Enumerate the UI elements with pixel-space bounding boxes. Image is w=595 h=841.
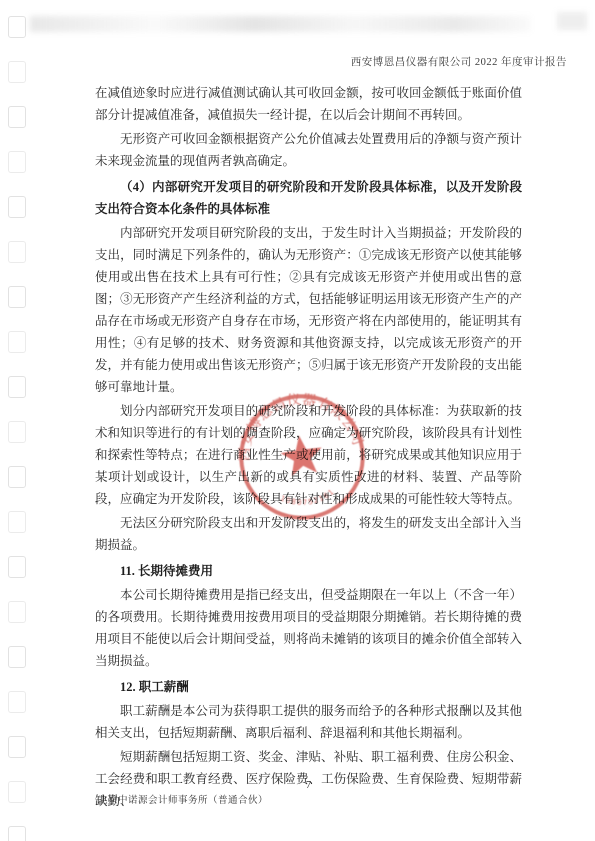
binding-hole bbox=[8, 331, 26, 353]
binding-hole bbox=[8, 61, 26, 83]
binding-holes bbox=[8, 16, 26, 841]
binding-hole bbox=[8, 286, 26, 308]
document-body: 在减值迹象时应进行减值测试确认其可收回金额，按可收回金额低于账面价值部分计提减值… bbox=[95, 82, 522, 814]
page-number: 7 bbox=[95, 780, 522, 791]
binding-hole bbox=[8, 151, 26, 173]
document-page: 西安博恩昌仪器有限公司 2022 年度审计报告 在减值迹象时应进行减值测试确认其… bbox=[0, 0, 595, 841]
paragraph: 划分内部研究开发项目的研究阶段和开发阶段的具体标准：为获取新的技术和知识等进行的… bbox=[95, 400, 522, 510]
paragraph: 本公司长期待摊费用是指已经支出，但受益期限在一年以上（不含一年）的各项费用。长期… bbox=[95, 584, 522, 672]
footer-firm-name: 北京中诺源会计师事务所（普通合伙） bbox=[98, 792, 268, 806]
scan-smudge-corner bbox=[557, 12, 587, 30]
binding-hole bbox=[8, 466, 26, 488]
paragraph: 在减值迹象时应进行减值测试确认其可收回金额，按可收回金额低于账面价值部分计提减值… bbox=[95, 82, 522, 126]
binding-hole bbox=[8, 16, 26, 38]
section-heading: 12. 职工薪酬 bbox=[95, 676, 522, 698]
binding-hole bbox=[8, 511, 26, 533]
binding-hole bbox=[8, 421, 26, 443]
binding-hole bbox=[8, 106, 26, 128]
paragraph: 无法区分研究阶段支出和开发阶段支出的，将发生的研发支出全部计入当期损益。 bbox=[95, 512, 522, 556]
binding-hole bbox=[8, 196, 26, 218]
paragraph: 无形资产可收回金额根据资产公允价值减去处置费用后的净额与资产预计未来现金流量的现… bbox=[95, 128, 522, 172]
binding-hole bbox=[8, 646, 26, 668]
binding-hole bbox=[8, 781, 26, 803]
binding-hole bbox=[8, 826, 26, 841]
paragraph: 职工薪酬是本公司为获得职工提供的服务而给予的各种形式报酬以及其他相关支出，包括短… bbox=[95, 700, 522, 744]
binding-hole bbox=[8, 376, 26, 398]
binding-hole bbox=[8, 241, 26, 263]
binding-hole bbox=[8, 601, 26, 623]
binding-hole bbox=[8, 736, 26, 758]
binding-hole bbox=[8, 556, 26, 578]
section-heading: 11. 长期待摊费用 bbox=[95, 560, 522, 582]
scan-smudge-band bbox=[30, 16, 530, 32]
paragraph: 内部研究开发项目研究阶段的支出，于发生时计入当期损益；开发阶段的支出，同时满足下… bbox=[95, 222, 522, 398]
page-header-title: 西安博恩昌仪器有限公司 2022 年度审计报告 bbox=[351, 54, 567, 69]
binding-hole bbox=[8, 691, 26, 713]
section-heading: （4）内部研究开发项目的研究阶段和开发阶段具体标准，以及开发阶段支出符合资本化条… bbox=[95, 176, 522, 220]
